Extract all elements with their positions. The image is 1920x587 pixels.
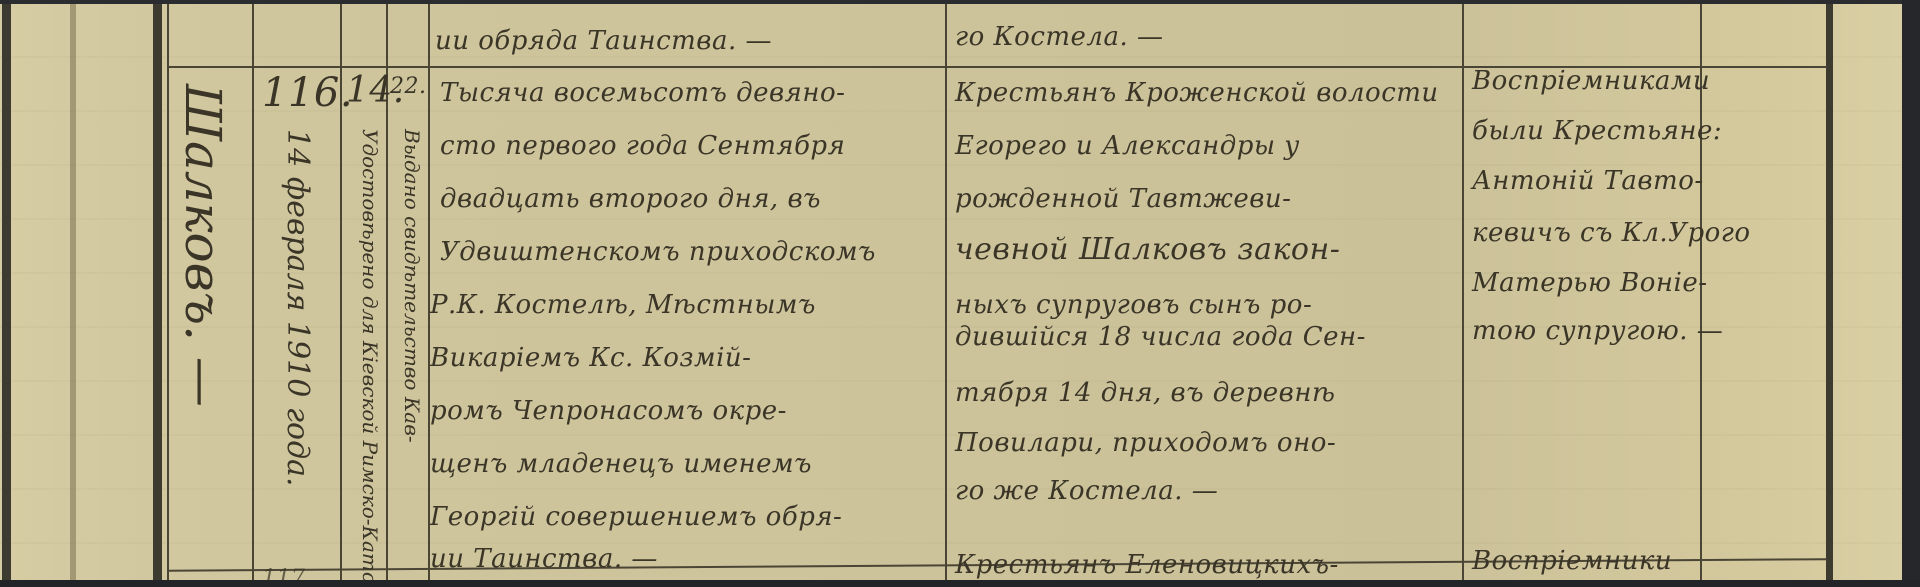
- table-left-border: [153, 4, 162, 580]
- register-page: ии обряда Таинства. — го Костела. — Шалк…: [0, 4, 1902, 580]
- parents-line: Повилари, приходомъ оно-: [955, 428, 1336, 458]
- parents-line: дившійся 18 числа года Сен-: [955, 322, 1366, 352]
- description-line: Р.К. Костелѣ, Мѣстнымъ: [430, 290, 816, 320]
- marginal-note-consistory: Удостовѣрено для Кіевской Римско-Католич…: [358, 129, 382, 569]
- surname-margin: Шалковъ. —: [174, 84, 232, 407]
- table-right-border: [1826, 4, 1833, 580]
- description-line: Тысяча восемьсотъ девяно-: [440, 78, 845, 108]
- column-rule: [945, 4, 947, 580]
- parents-line: го же Костела. —: [955, 476, 1218, 506]
- description-line: двадцать второго дня, въ: [440, 184, 821, 214]
- godparents-line: Антоній Тавто-: [1472, 166, 1704, 196]
- next-godparents-head: Воспріемники: [1472, 546, 1672, 576]
- page-edge-line: [2, 4, 11, 580]
- column-rule: [1462, 4, 1464, 580]
- godparents-line: Матерью Воніе-: [1472, 268, 1708, 298]
- description-line: Георгій совершениемъ обря-: [430, 502, 842, 532]
- description-line: Викаріемъ Кс. Козмій-: [430, 343, 751, 373]
- description-line: ромъ Чепронасомъ окре-: [430, 396, 787, 426]
- parents-line: Крестьянъ Кроженской волости: [955, 78, 1439, 108]
- baptism-day: 22.: [390, 74, 427, 99]
- marginal-note-date: 14 февраля 1910 года.: [280, 129, 315, 487]
- column-rule: [252, 4, 254, 580]
- description-line: Удвиштенскомъ приходскомъ: [440, 237, 876, 267]
- parents-line: рожденной Тавтжеви-: [955, 184, 1291, 214]
- godparents-line: кевичъ съ Кл.Урого: [1472, 218, 1751, 248]
- parents-line: Егорего и Александры у: [955, 131, 1300, 161]
- godparents-line: были Крестьяне:: [1472, 116, 1722, 146]
- viewer-bottom-border: [0, 580, 1920, 587]
- next-entry-number: 117: [262, 566, 306, 580]
- godparents-line: тою супругою. —: [1472, 316, 1723, 346]
- binding-fold-line: [70, 4, 76, 580]
- next-parents-head: Крестьянъ Еленовицкихъ-: [955, 550, 1339, 580]
- marginal-note-certificate: Выдано свидѣтельство Кав-: [400, 129, 424, 443]
- parents-line: ныхъ супруговъ сынъ ро-: [955, 290, 1312, 320]
- godparents-line: Воспріемниками: [1472, 66, 1710, 96]
- prev-parents-tail: го Костела. —: [955, 22, 1164, 52]
- description-line: щенъ младенецъ именемъ: [430, 449, 812, 479]
- parents-line: тября 14 дня, въ деревнѣ: [955, 378, 1335, 408]
- description-line: ии Таинства. —: [430, 544, 658, 574]
- viewer-right-border: [1902, 0, 1920, 587]
- column-rule: [167, 4, 169, 580]
- description-line: сто первого года Сентября: [440, 131, 845, 161]
- parents-line: чевной Шалковъ закон-: [955, 232, 1340, 267]
- prev-description-tail: ии обряда Таинства. —: [435, 26, 772, 56]
- entry-number: 116.: [262, 70, 353, 116]
